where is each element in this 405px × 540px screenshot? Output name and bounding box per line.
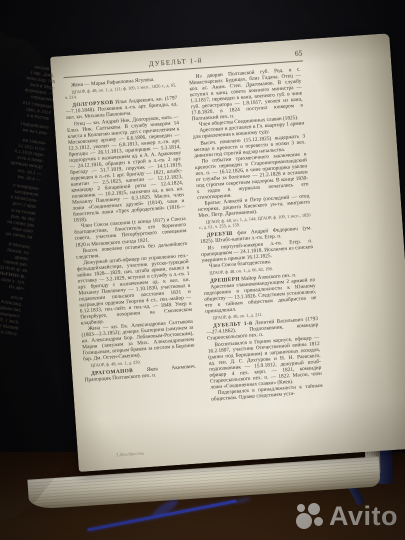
- two-column-text: Жена — Марья Рафаиловна Ягулова.ЦГАОР, ф…: [64, 66, 326, 411]
- text-paragraph: Воспитывался в Горном корпусе, офицер — …: [207, 335, 322, 391]
- page-number: 65: [295, 48, 303, 58]
- book-right-page: ДУБЕЛЬТ 1-й 65 Жена — Марья Рафаиловна Я…: [50, 33, 405, 472]
- book-photo: ДУБЕЛЬТ 1-й 65 Жена — Марья Рафаиловна Я…: [0, 0, 405, 540]
- avito-watermark: Avito: [296, 503, 398, 530]
- right-page-left-column: Жена — Марья Рафаиловна Ягулова.ЦГАОР, ф…: [64, 75, 199, 411]
- right-page-printed-area: ДУБЕЛЬТ 1-й 65 Жена — Марья Рафаиловна Я…: [63, 49, 330, 461]
- printers-signature-mark: 3 Декабристы: [116, 451, 144, 458]
- text-paragraph: Отец — кн. Андрей Ник. Долгоруков, мать …: [67, 114, 186, 224]
- text-paragraph: Из дворян Полтавской губ. Род. в с. Мона…: [189, 67, 304, 123]
- right-page-right-column: Из дворян Полтавской губ. Род. в с. Мона…: [189, 67, 324, 403]
- avito-logo-icon: [296, 503, 325, 530]
- avito-watermark-label: Avito: [329, 503, 398, 530]
- text-paragraph: Дежурный штаб-офицер по управлению ген.-…: [76, 253, 192, 327]
